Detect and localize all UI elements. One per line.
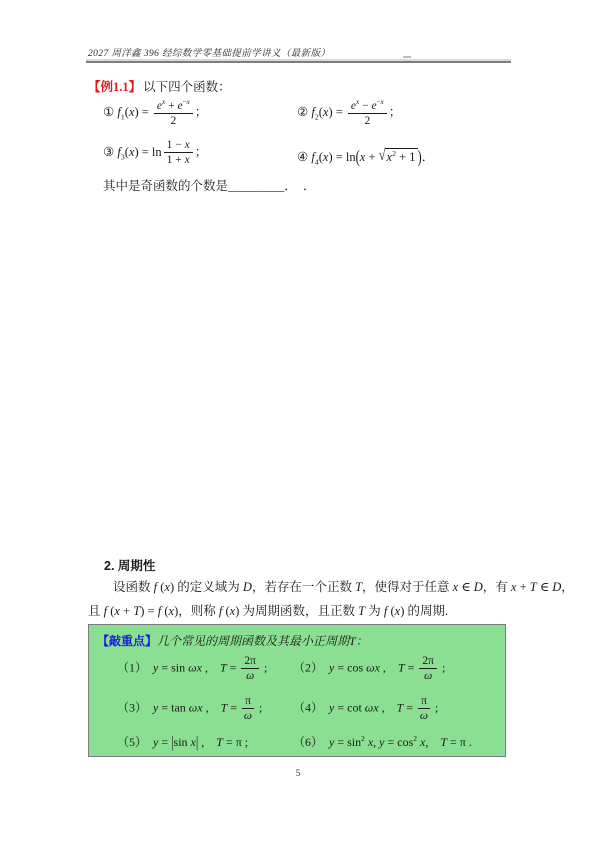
keypoint-item-6: （6） y = sin2 x, y = cos2 x, T = π .	[293, 733, 472, 750]
example-heading: 【例1.1】以下四个函数：	[88, 77, 231, 95]
keypoint-item-5: （5） y = |sin x| , T = π ;	[117, 733, 248, 750]
keypoint-box: 【敲重点】几个常见的周期函数及其最小正周期T： （1） y = sin ωx ,…	[88, 624, 506, 757]
stray-mark	[403, 56, 411, 58]
formula-2: ② f2(x) = ex − e−x2；	[297, 99, 401, 128]
paragraph-line-2: 且 f (x + T) = f (x)，则称 f (x) 为周期函数，且正数 T…	[88, 601, 520, 619]
keypoint-item-3: （3） y = tan ωx , T = πω ;	[117, 695, 262, 723]
section-heading-periodicity: 2. 周期性	[104, 556, 155, 574]
formula-4: ④ f4(x) = ln(x + √x2 + 1)．	[297, 147, 434, 167]
page-number: 5	[0, 769, 596, 779]
keypoint-title-text: 几个常见的周期函数及其最小正周期T：	[157, 634, 368, 648]
header-rule	[86, 59, 511, 63]
keypoint-tag: 【敲重点】	[97, 634, 157, 648]
document-page: 2027 周洋鑫 396 经综数学零基础提前学讲义（最新版） 【例1.1】以下四…	[0, 0, 596, 842]
page-header: 2027 周洋鑫 396 经综数学零基础提前学讲义（最新版）	[88, 45, 330, 59]
formula-1: ① f1(x) = ex + e−x2；	[103, 99, 207, 128]
example-intro: 以下四个函数：	[143, 80, 231, 94]
paragraph-line-1: 设函数 f (x) 的定义域为 D，若存在一个正数 T，使得对于任意 x ∈ D…	[88, 577, 545, 595]
example-tag: 【例1.1】	[88, 80, 141, 94]
formula-3: ③ f3(x) = ln1 − x1 + x；	[103, 139, 207, 167]
keypoint-item-4: （4） y = cot ωx , T = πω ;	[293, 695, 438, 723]
question-blank-line: 其中是奇函数的个数是_________． ．	[103, 176, 316, 194]
keypoint-title: 【敲重点】几个常见的周期函数及其最小正周期T：	[97, 632, 368, 649]
keypoint-item-2: （2） y = cos ωx , T = 2πω ;	[293, 655, 445, 683]
keypoint-item-1: （1） y = sin ωx , T = 2πω ;	[117, 655, 267, 683]
